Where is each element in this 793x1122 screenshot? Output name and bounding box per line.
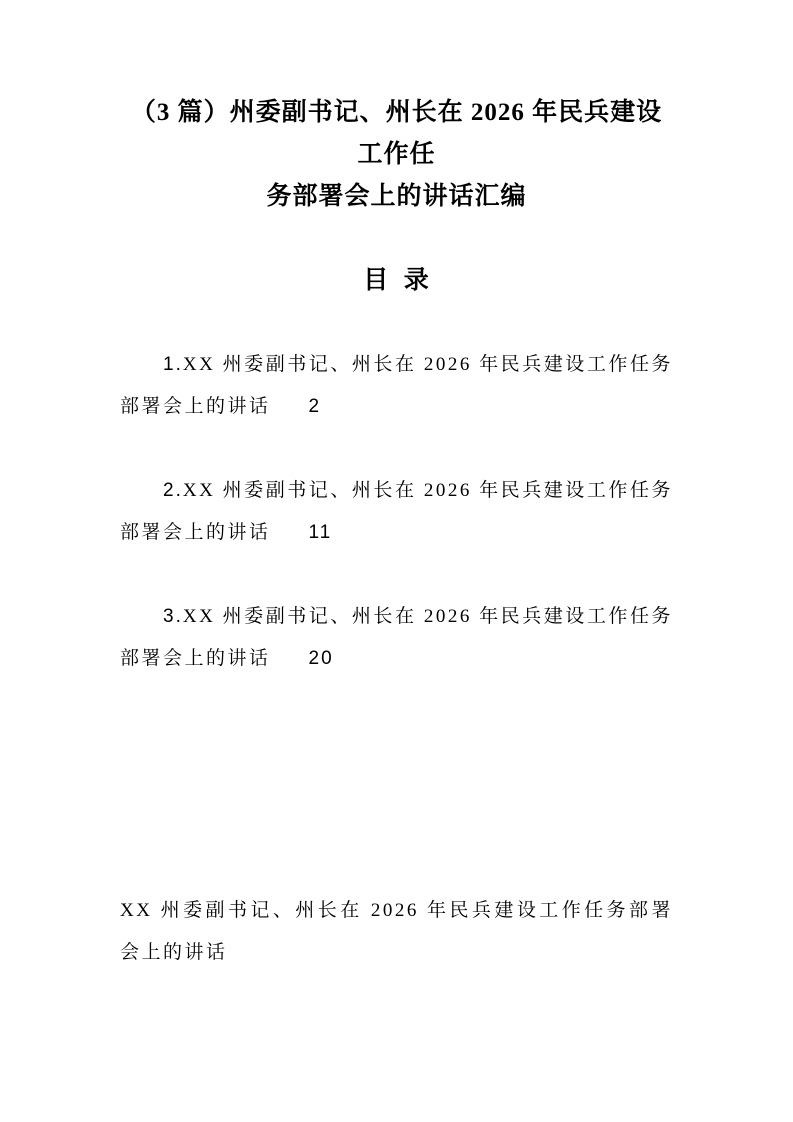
toc-entry: 3.XX 州委副书记、州长在 2026 年民兵建设工作任务部署会上的讲话20 (120, 596, 673, 680)
toc-entry-page-number: 2 (309, 396, 322, 417)
toc-entry-title: XX 州委副书记、州长在 2026 年民兵建设工作任务部署会上的讲话 (120, 606, 673, 669)
toc-entry-number: 3. (163, 606, 183, 627)
toc-entry-page-number: 11 (309, 522, 333, 543)
toc-entry-title: XX 州委副书记、州长在 2026 年民兵建设工作任务部署会上的讲话 (120, 354, 673, 417)
toc-entry-number: 1. (163, 354, 183, 375)
toc-entry: 1.XX 州委副书记、州长在 2026 年民兵建设工作任务部署会上的讲话2 (120, 344, 673, 428)
document-page: （3 篇）州委副书记、州长在 2026 年民兵建设工作任 务部署会上的讲话汇编 … (0, 0, 793, 1122)
toc-heading: 目 录 (120, 260, 673, 302)
document-title-line-1: （3 篇）州委副书记、州长在 2026 年民兵建设工作任 (120, 92, 673, 176)
toc-entry-title: XX 州委副书记、州长在 2026 年民兵建设工作任务部署会上的讲话 (120, 480, 673, 543)
toc-entry: 2.XX 州委副书记、州长在 2026 年民兵建设工作任务部署会上的讲话11 (120, 470, 673, 554)
toc-entry-number: 2. (163, 480, 183, 501)
first-article-title: XX 州委副书记、州长在 2026 年民兵建设工作任务部署会上的讲话 (120, 890, 673, 974)
toc-entry-page-number: 20 (309, 648, 334, 669)
document-title-line-2: 务部署会上的讲话汇编 (120, 176, 673, 218)
document-title: （3 篇）州委副书记、州长在 2026 年民兵建设工作任 务部署会上的讲话汇编 (120, 92, 673, 218)
